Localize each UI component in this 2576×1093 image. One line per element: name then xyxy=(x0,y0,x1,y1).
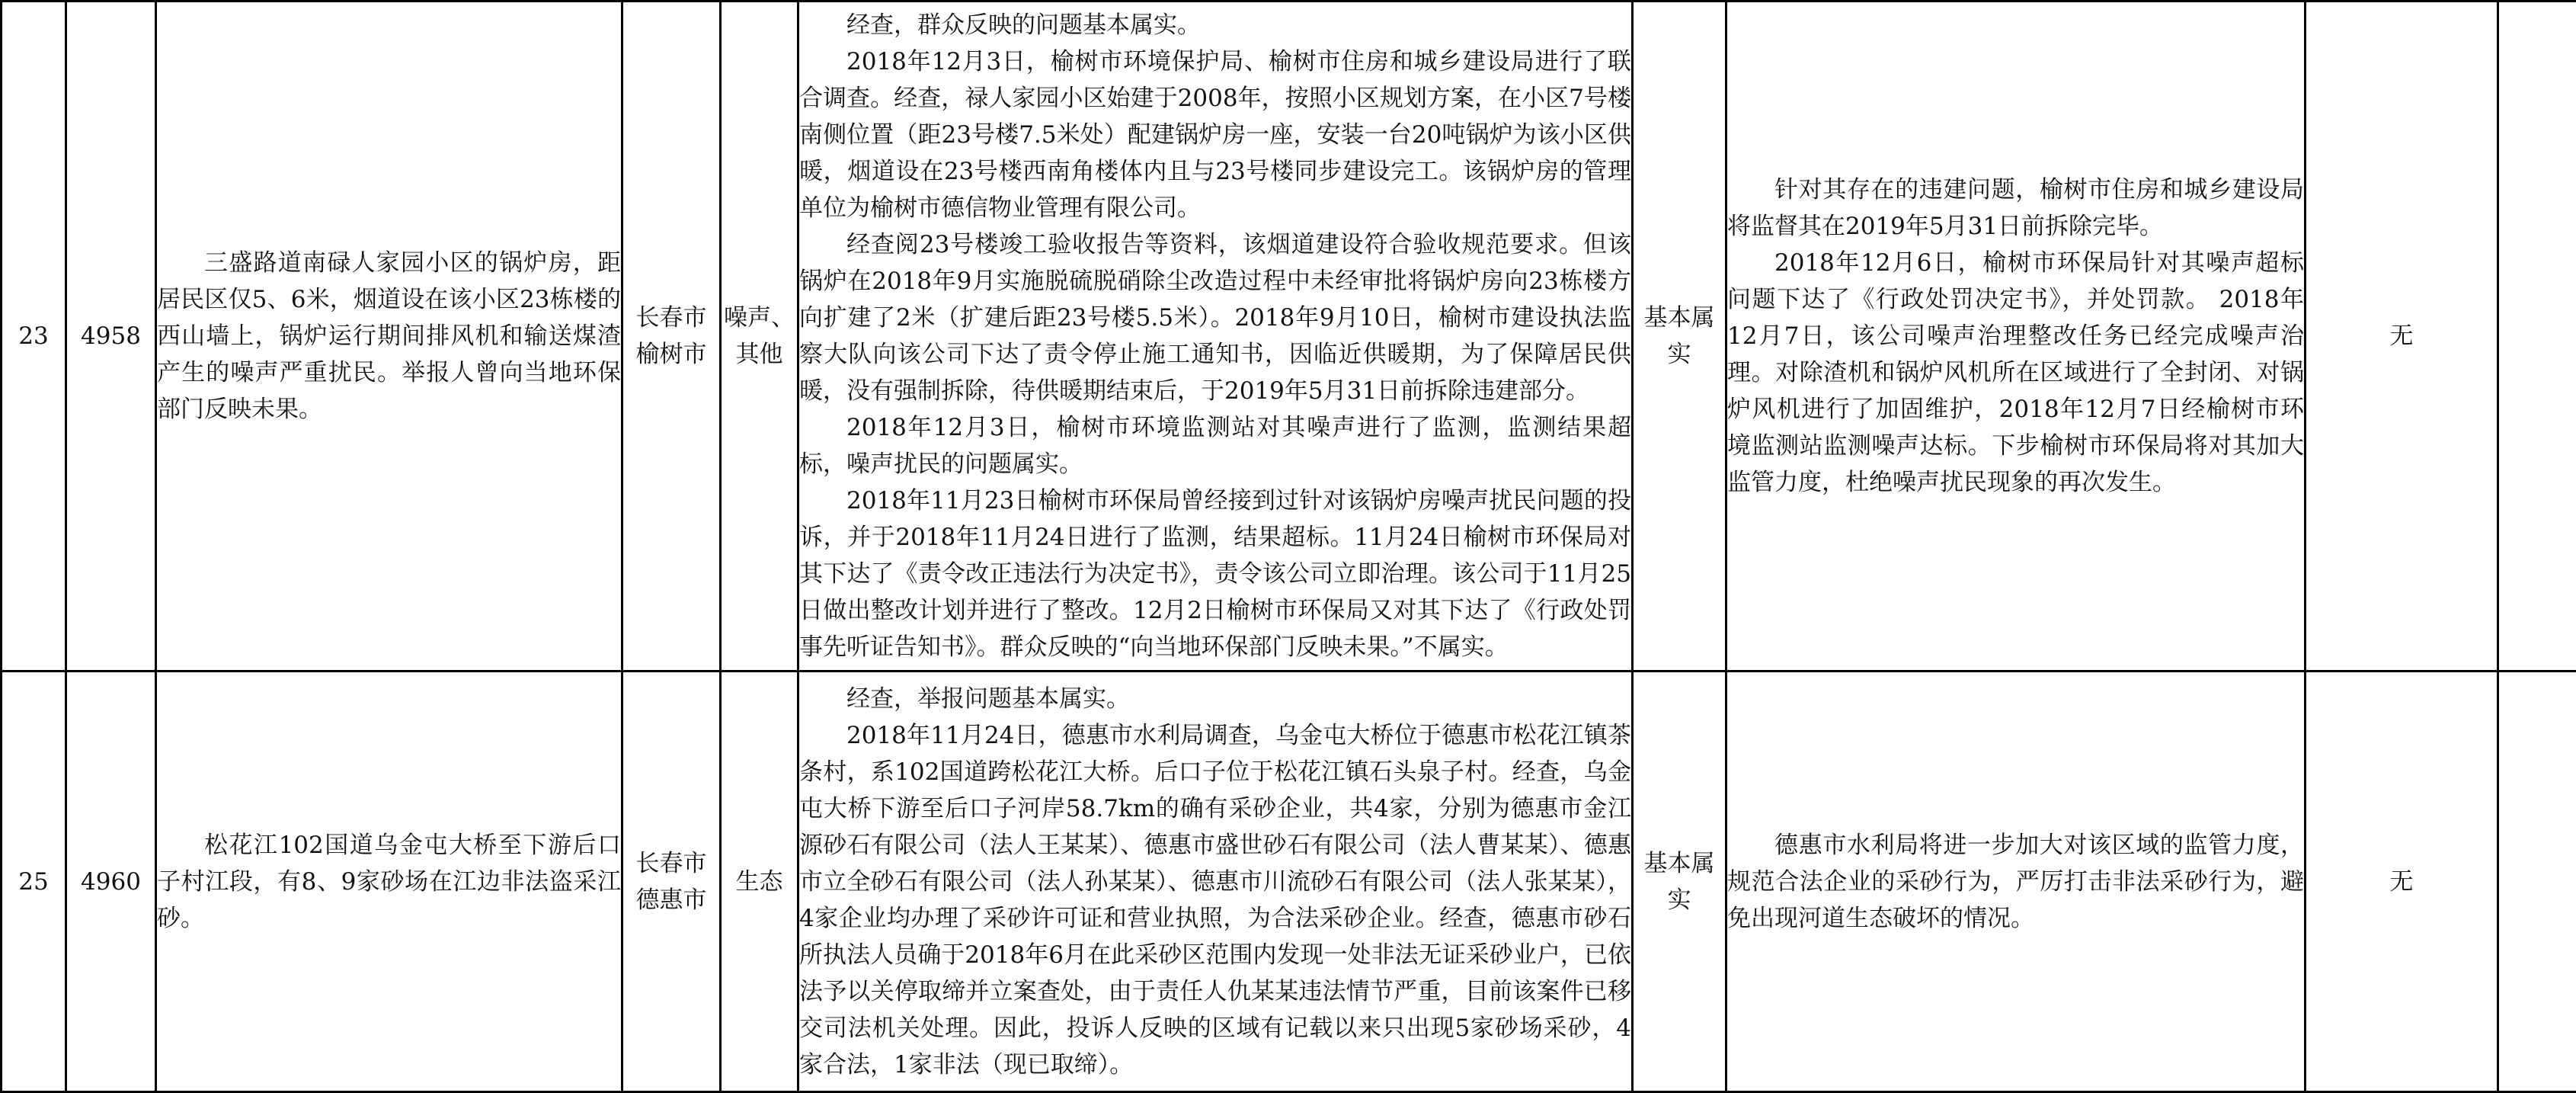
pollution-type-cell: 生态 xyxy=(721,672,798,1091)
investigation-cell: 经查，群众反映的问题基本属实。 2018年12月3日，榆树市环境保护局、榆树市住… xyxy=(798,2,1633,672)
handling-paragraph: 2018年12月6日，榆树市环保局针对其噪声超标问题下达了《行政处罚决定书》，并… xyxy=(1727,245,2304,501)
seq-cell: 23 xyxy=(2,2,66,672)
handling-paragraph: 针对其存在的违建问题，榆树市住房和城乡建设局将监督其在2019年5月31日前拆除… xyxy=(1727,171,2304,245)
remarks-cell xyxy=(2498,2,2576,672)
table-row: 23 4958 三盛路道南碌人家园小区的锅炉房，距居民区仅5、6米，烟道设在该小… xyxy=(2,2,2576,672)
complaint-report-table: 23 4958 三盛路道南碌人家园小区的锅炉房，距居民区仅5、6米，烟道设在该小… xyxy=(0,0,2576,1091)
complaint-cell: 三盛路道南碌人家园小区的锅炉房，距居民区仅5、6米，烟道设在该小区23栋楼的西山… xyxy=(156,2,622,672)
handling-paragraph: 德惠市水利局将进一步加大对该区域的监管力度，规范合法企业的采砂行为，严厉打击非法… xyxy=(1727,827,2304,937)
accountability-cell: 无 xyxy=(2306,672,2498,1091)
investigation-paragraph: 2018年11月24日，德惠市水利局调查，乌金屯大桥位于德惠市松花江镇茶条村，系… xyxy=(799,717,1631,1083)
location-city: 长春市 xyxy=(623,300,719,336)
complaint-text: 松花江102国道乌金屯大桥至下游后口子村江段，有8、9家砂场在江边非法盗采江砂。 xyxy=(157,827,621,937)
case-id-cell: 4958 xyxy=(66,2,156,672)
accountability-cell: 无 xyxy=(2306,2,2498,672)
investigation-cell: 经查，举报问题基本属实。 2018年11月24日，德惠市水利局调查，乌金屯大桥位… xyxy=(798,672,1633,1091)
case-id-cell: 4960 xyxy=(66,672,156,1091)
handling-cell: 针对其存在的违建问题，榆树市住房和城乡建设局将监督其在2019年5月31日前拆除… xyxy=(1726,2,2306,672)
location-cell: 长春市 榆树市 xyxy=(622,2,721,672)
investigation-paragraph: 2018年12月3日，榆树市环境保护局、榆树市住房和城乡建设局进行了联合调查。经… xyxy=(799,43,1631,226)
handling-cell: 德惠市水利局将进一步加大对该区域的监管力度，规范合法企业的采砂行为，严厉打击非法… xyxy=(1726,672,2306,1091)
remarks-cell xyxy=(2498,672,2576,1091)
location-city: 长春市 xyxy=(623,845,719,882)
verdict-cell: 基本属实 xyxy=(1633,672,1726,1091)
location-county: 榆树市 xyxy=(623,336,719,373)
investigation-paragraph: 经查阅23号楼竣工验收报告等资料，该烟道建设符合验收规范要求。但该锅炉在2018… xyxy=(799,226,1631,409)
pollution-type-cell: 噪声、其他 xyxy=(721,2,798,672)
investigation-paragraph: 2018年11月23日榆树市环保局曾经接到过针对该锅炉房噪声扰民问题的投诉，并于… xyxy=(799,482,1631,665)
seq-cell: 25 xyxy=(2,672,66,1091)
investigation-paragraph: 2018年12月3日，榆树市环境监测站对其噪声进行了监测，监测结果超标，噪声扰民… xyxy=(799,409,1631,482)
table-row: 25 4960 松花江102国道乌金屯大桥至下游后口子村江段，有8、9家砂场在江… xyxy=(2,672,2576,1091)
verdict-cell: 基本属实 xyxy=(1633,2,1726,672)
investigation-paragraph: 经查，举报问题基本属实。 xyxy=(799,681,1631,717)
location-county: 德惠市 xyxy=(623,882,719,918)
complaint-text: 三盛路道南碌人家园小区的锅炉房，距居民区仅5、6米，烟道设在该小区23栋楼的西山… xyxy=(157,245,621,428)
complaint-cell: 松花江102国道乌金屯大桥至下游后口子村江段，有8、9家砂场在江边非法盗采江砂。 xyxy=(156,672,622,1091)
location-cell: 长春市 德惠市 xyxy=(622,672,721,1091)
investigation-paragraph: 经查，群众反映的问题基本属实。 xyxy=(799,7,1631,43)
